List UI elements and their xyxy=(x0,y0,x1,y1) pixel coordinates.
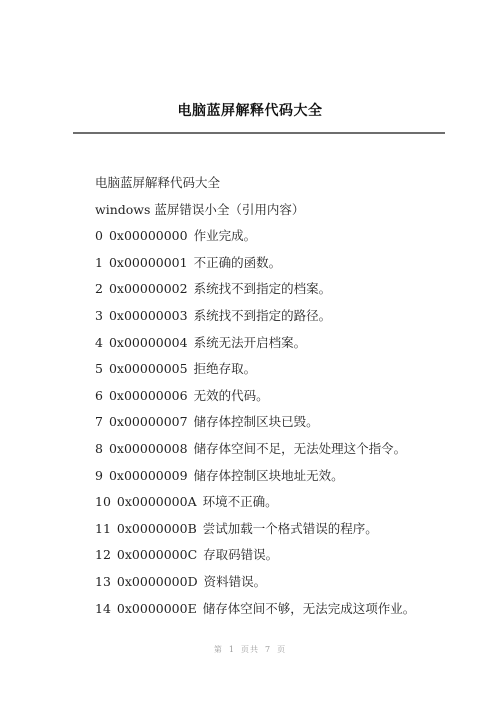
entry-code: 0x0000000E xyxy=(117,601,197,616)
error-code-entry: 20x00000002系统找不到指定的档案。 xyxy=(95,276,455,303)
entry-number: 10 xyxy=(95,494,111,509)
entry-code: 0x00000001 xyxy=(109,255,188,270)
entry-code: 0x00000009 xyxy=(109,468,188,483)
document-body: 电脑蓝屏解释代码大全 windows 蓝屏错误小全（引用内容） 00x00000… xyxy=(95,170,455,622)
entry-code: 0x0000000D xyxy=(117,574,198,589)
footer-prefix: 第 xyxy=(214,645,223,654)
entry-number: 9 xyxy=(95,468,103,483)
error-code-entry: 40x00000004系统无法开启档案。 xyxy=(95,330,455,357)
body-subheading: windows 蓝屏错误小全（引用内容） xyxy=(95,197,455,224)
error-code-entry: 130x0000000D资料错误。 xyxy=(95,569,455,596)
entry-description: 存取码错误。 xyxy=(203,547,278,562)
entry-description: 资料错误。 xyxy=(204,574,267,589)
entry-description: 储存体控制区块地址无效。 xyxy=(194,468,344,483)
entry-number: 3 xyxy=(95,308,103,323)
document-page: 电脑蓝屏解释代码大全 电脑蓝屏解释代码大全 windows 蓝屏错误小全（引用内… xyxy=(0,0,500,707)
entry-description: 系统无法开启档案。 xyxy=(194,335,307,350)
entry-code: 0x0000000C xyxy=(117,547,197,562)
entry-code: 0x00000000 xyxy=(109,228,188,243)
error-code-entry: 00x00000000作业完成。 xyxy=(95,223,455,250)
entry-number: 14 xyxy=(95,601,111,616)
entry-number: 4 xyxy=(95,335,103,350)
entry-number: 12 xyxy=(95,547,111,562)
error-code-entry: 140x0000000E储存体空间不够，无法完成这项作业。 xyxy=(95,596,455,623)
error-code-entry: 110x0000000B尝试加载一个格式错误的程序。 xyxy=(95,516,455,543)
entry-number: 1 xyxy=(95,255,103,270)
footer-page-total: 7 xyxy=(265,645,271,654)
entry-code: 0x0000000B xyxy=(117,521,197,536)
page-footer: 第1页共7页 xyxy=(0,644,500,655)
error-code-entry: 80x00000008储存体空间不足，无法处理这个指令。 xyxy=(95,436,455,463)
error-code-entry: 60x00000006无效的代码。 xyxy=(95,383,455,410)
entry-description: 尝试加载一个格式错误的程序。 xyxy=(203,521,378,536)
entry-code: 0x00000004 xyxy=(109,335,188,350)
entry-description: 系统找不到指定的档案。 xyxy=(194,281,332,296)
error-code-entry: 30x00000003系统找不到指定的路径。 xyxy=(95,303,455,330)
error-code-entry: 90x00000009储存体控制区块地址无效。 xyxy=(95,463,455,490)
error-code-entry: 100x0000000A环境不正确。 xyxy=(95,489,455,516)
document-title: 电脑蓝屏解释代码大全 xyxy=(0,100,500,120)
entry-code: 0x0000000A xyxy=(117,494,197,509)
error-code-entry: 70x00000007储存体控制区块已毁。 xyxy=(95,409,455,436)
body-heading: 电脑蓝屏解释代码大全 xyxy=(95,170,455,197)
error-code-entry: 120x0000000C存取码错误。 xyxy=(95,542,455,569)
error-code-entry: 50x00000005拒绝存取。 xyxy=(95,356,455,383)
footer-middle: 页共 xyxy=(241,645,259,654)
entry-description: 储存体空间不足，无法处理这个指令。 xyxy=(194,441,407,456)
entry-description: 系统找不到指定的路径。 xyxy=(194,308,332,323)
entry-description: 环境不正确。 xyxy=(203,494,278,509)
entry-description: 拒绝存取。 xyxy=(194,361,257,376)
error-code-entry: 10x00000001不正确的函数。 xyxy=(95,250,455,277)
entry-number: 2 xyxy=(95,281,103,296)
footer-page-number: 1 xyxy=(229,645,235,654)
entry-number: 13 xyxy=(95,574,111,589)
entry-code: 0x00000008 xyxy=(109,441,188,456)
entry-description: 储存体空间不够，无法完成这项作业。 xyxy=(203,601,416,616)
entry-code: 0x00000006 xyxy=(109,388,188,403)
entry-number: 5 xyxy=(95,361,103,376)
footer-suffix: 页 xyxy=(277,645,286,654)
entry-code: 0x00000003 xyxy=(109,308,188,323)
entry-number: 11 xyxy=(95,521,111,536)
entry-code: 0x00000005 xyxy=(109,361,188,376)
entry-description: 不正确的函数。 xyxy=(194,255,282,270)
entry-code: 0x00000002 xyxy=(109,281,188,296)
entry-number: 7 xyxy=(95,414,103,429)
entry-number: 8 xyxy=(95,441,103,456)
entry-description: 作业完成。 xyxy=(194,228,257,243)
entry-number: 0 xyxy=(95,228,103,243)
entry-code: 0x00000007 xyxy=(109,414,188,429)
title-divider xyxy=(73,132,445,134)
entry-description: 无效的代码。 xyxy=(194,388,269,403)
entry-description: 储存体控制区块已毁。 xyxy=(194,414,319,429)
entry-number: 6 xyxy=(95,388,103,403)
